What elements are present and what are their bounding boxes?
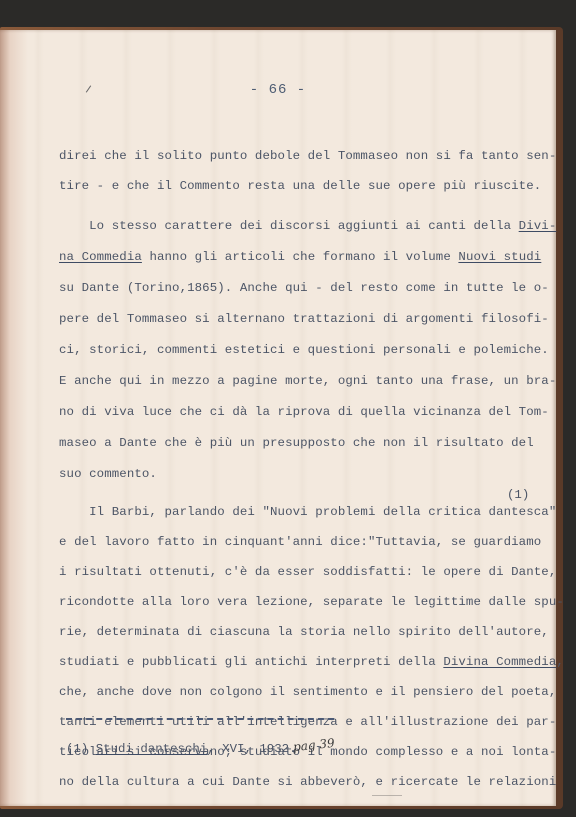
- page-number: - 66 -: [0, 82, 556, 98]
- text-line: Il Barbi, parlando dei "Nuovi problemi d…: [59, 504, 556, 520]
- pencil-mark: [372, 785, 402, 796]
- underlined-title: Divi-: [519, 219, 557, 233]
- footnote-title: Studi danteschi: [96, 742, 208, 756]
- text-line: direi che il solito punto debole del Tom…: [59, 148, 556, 164]
- underlined-title: Divina Commedia: [443, 655, 556, 669]
- text-line: ricondotte alla loro vera lezione, separ…: [59, 594, 564, 610]
- footnote: (1) Studi danteschi, XVI, 1932.: [66, 742, 297, 756]
- text-segment: hanno gli articoli che formano il volume: [142, 250, 459, 264]
- text-segment: Lo stesso carattere dei discorsi aggiunt…: [59, 219, 519, 233]
- text-segment: ,: [556, 655, 564, 669]
- text-line: i risultati ottenuti, c'è da esser soddi…: [59, 564, 556, 580]
- text-line: suo commento.: [59, 466, 157, 482]
- text-line: che, anche dove non colgono il sentiment…: [59, 684, 556, 700]
- text-line: tire - e che il Commento resta una delle…: [59, 178, 541, 194]
- underlined-title: Nuovi studi: [458, 250, 541, 264]
- text-line: Lo stesso carattere dei discorsi aggiunt…: [59, 218, 556, 234]
- text-line: su Dante (Torino,1865). Anche qui - del …: [59, 280, 549, 296]
- text-line: tanti elementi utili all'intelligenza e …: [59, 714, 556, 730]
- text-line: e del lavoro fatto in cinquant'anni dice…: [59, 534, 541, 550]
- footnote-citation: , XVI, 1932.: [207, 742, 296, 756]
- text-segment: studiati e pubblicati gli antichi interp…: [59, 655, 443, 669]
- text-line: studiati e pubblicati gli antichi interp…: [59, 654, 564, 670]
- text-line: no di viva luce che ci dà la riprova di …: [59, 404, 549, 420]
- text-line: pere del Tommaseo si alternano trattazio…: [59, 311, 549, 327]
- footnote-separator: [66, 718, 334, 720]
- footnote-reference: (1): [507, 488, 529, 502]
- underlined-title: na Commedia: [59, 250, 142, 264]
- text-line: no della cultura a cui Dante si abbeverò…: [59, 774, 556, 790]
- footnote-marker: (1): [66, 742, 96, 756]
- text-line: ci, storici, commenti estetici e questio…: [59, 342, 549, 358]
- text-line: E anche qui in mezzo a pagine morte, ogn…: [59, 373, 556, 389]
- text-line: rie, determinata di ciascuna la storia n…: [59, 624, 549, 640]
- text-line: na Commedia hanno gli articoli che forma…: [59, 249, 541, 265]
- text-line: maseo a Dante che è più un presupposto c…: [59, 435, 534, 451]
